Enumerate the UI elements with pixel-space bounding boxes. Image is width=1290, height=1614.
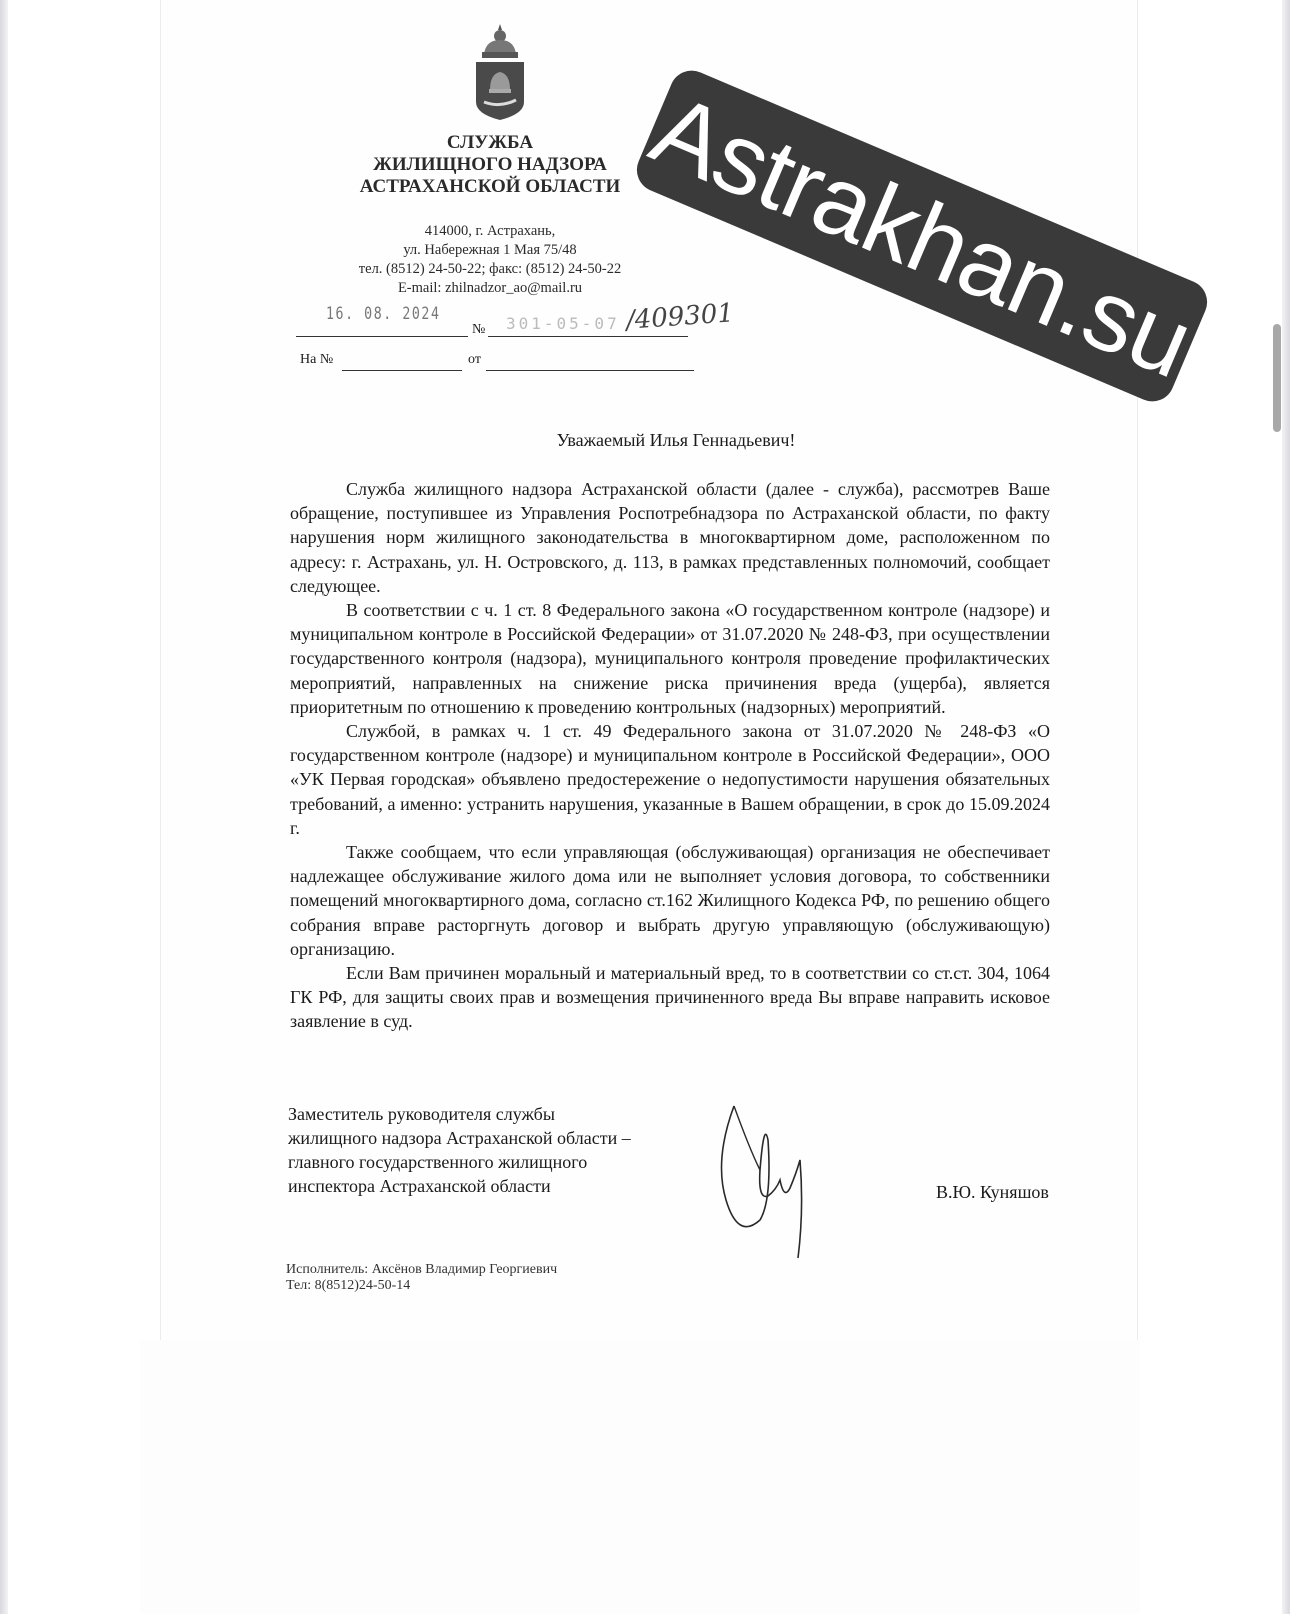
paragraph: Если Вам причинен моральный и материальн… [290, 961, 1050, 1034]
vertical-scrollbar[interactable] [1273, 324, 1281, 432]
date-stamp: 16. 08. 2024 [326, 304, 441, 324]
reference-row: На № от [300, 352, 700, 382]
number-stamp: 301-05-07 [506, 314, 620, 333]
executor-name: Исполнитель: Аксёнов Владимир Георгиевич [286, 1262, 557, 1278]
organization-address: 414000, г. Астрахань, ул. Набережная 1 М… [320, 222, 660, 298]
email-line: E-mail: zhilnadzor_ao@mail.ru [320, 279, 660, 298]
handwritten-signature [720, 1100, 830, 1260]
signer-name: В.Ю. Куняшов [936, 1182, 1049, 1203]
number-underline [488, 336, 688, 337]
date-underline [296, 336, 468, 337]
signer-title-line: жилищного надзора Астраханской области – [288, 1126, 708, 1150]
signer-title-line: Заместитель руководителя службы [288, 1102, 708, 1126]
reference-from-label: от [468, 352, 481, 368]
paragraph: Также сообщаем, что если управляющая (об… [290, 840, 1050, 961]
paragraph: Служба жилищного надзора Астраханской об… [290, 477, 1050, 598]
reference-number-label: На № [300, 352, 333, 368]
signer-title: Заместитель руководителя службы жилищног… [288, 1102, 708, 1198]
paragraph: Службой, в рамках ч. 1 ст. 49 Федерально… [290, 719, 1050, 840]
number-handwritten: /409301 [625, 298, 735, 335]
address-line: ул. Набережная 1 Мая 75/48 [320, 241, 660, 260]
org-line: СЛУЖБА [340, 132, 640, 154]
org-line: АСТРАХАНСКОЙ ОБЛАСТИ [340, 176, 640, 198]
executor-phone: Тел: 8(8512)24-50-14 [286, 1278, 557, 1294]
number-label: № [472, 322, 485, 338]
reference-number-underline [342, 370, 462, 371]
signer-title-line: главного государственного жилищного [288, 1150, 708, 1174]
coat-of-arms-icon [470, 22, 530, 122]
address-line: 414000, г. Астрахань, [320, 222, 660, 241]
phone-line: тел. (8512) 24-50-22; факс: (8512) 24-50… [320, 260, 660, 279]
paragraph: В соответствии с ч. 1 ст. 8 Федерального… [290, 598, 1050, 719]
viewer-frame-right [1282, 0, 1290, 1614]
organization-name: СЛУЖБА ЖИЛИЩНОГО НАДЗОРА АСТРАХАНСКОЙ ОБ… [340, 132, 640, 198]
salutation: Уважаемый Илья Геннадьевич! [296, 430, 1056, 451]
viewer-frame-left [0, 0, 8, 1614]
signer-title-line: инспектора Астраханской области [288, 1174, 708, 1198]
letter-body: Служба жилищного надзора Астраханской об… [290, 477, 1050, 1034]
reference-date-underline [486, 370, 694, 371]
registration-row: 16. 08. 2024 № 301-05-07 /409301 [296, 300, 756, 340]
executor-info: Исполнитель: Аксёнов Владимир Георгиевич… [286, 1262, 557, 1294]
org-line: ЖИЛИЩНОГО НАДЗОРА [340, 154, 640, 176]
page-blank-area [140, 1340, 1140, 1614]
